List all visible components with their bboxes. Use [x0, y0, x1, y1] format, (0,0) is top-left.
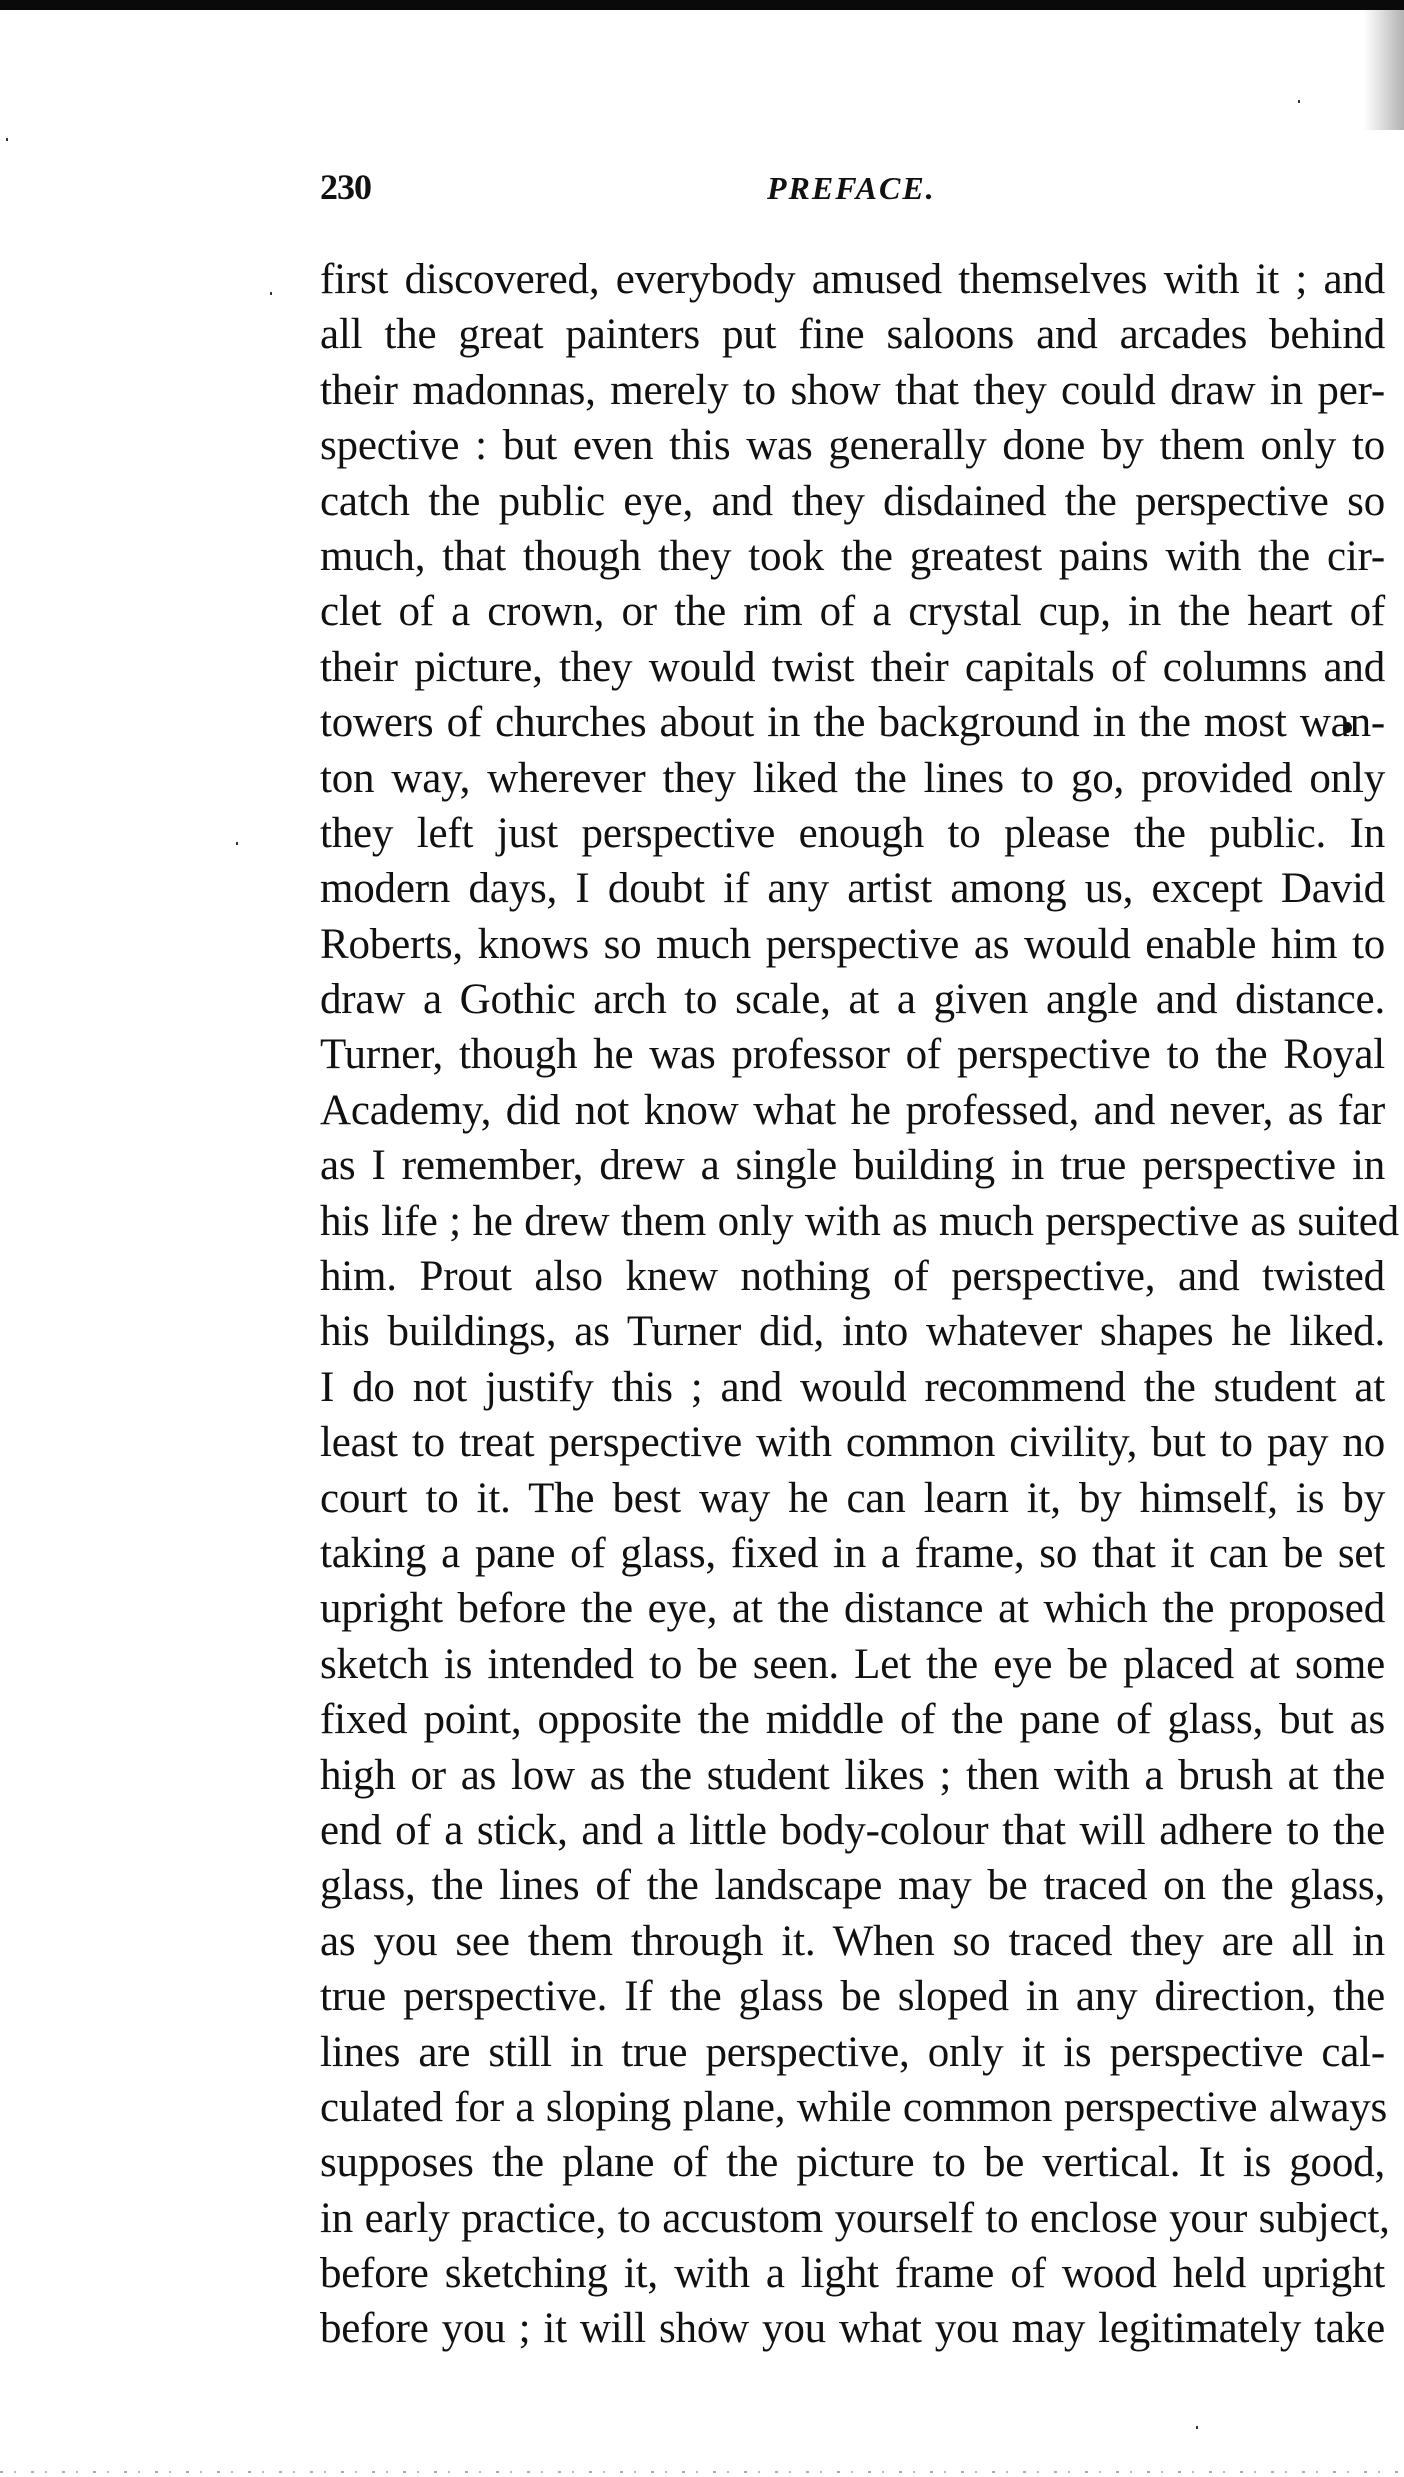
- text-line: towers of churches about in the backgrou…: [320, 695, 1385, 750]
- text-line: upright before the eye, at the distance …: [320, 1581, 1385, 1636]
- scan-corner-shadow: [1364, 10, 1404, 130]
- ink-blot-mark: [1343, 722, 1352, 733]
- text-line: least to treat perspective with common c…: [320, 1415, 1385, 1470]
- text-line: Roberts, knows so much perspective as wo…: [320, 917, 1385, 972]
- text-line: high or as low as the student likes ; th…: [320, 1748, 1385, 1803]
- text-line: his buildings, as Turner did, into whate…: [320, 1304, 1385, 1359]
- scan-speck: [1196, 2426, 1198, 2429]
- text-line: modern days, I doubt if any artist among…: [320, 861, 1385, 916]
- text-line: sketch is intended to be seen. Let the e…: [320, 1637, 1385, 1692]
- text-line: culated for a sloping plane, while commo…: [320, 2080, 1385, 2135]
- text-line: fixed point, opposite the middle of the …: [320, 1692, 1385, 1747]
- text-line: as I remember, drew a single building in…: [320, 1138, 1385, 1193]
- text-line: ton way, wherever they liked the lines t…: [320, 751, 1385, 806]
- text-line: his life ; he drew them only with as muc…: [320, 1194, 1385, 1249]
- text-line: their madonnas, merely to show that they…: [320, 363, 1385, 418]
- text-line: in early practice, to accustom yourself …: [320, 2191, 1385, 2246]
- text-line: court to it. The best way he can learn i…: [320, 1471, 1385, 1526]
- text-line: end of a stick, and a little body-colour…: [320, 1803, 1385, 1858]
- text-line: lines are still in true perspective, onl…: [320, 2025, 1385, 2080]
- page-title: PREFACE.: [767, 170, 936, 207]
- scan-speck: [236, 842, 238, 845]
- text-line: before you ; it will show you what you m…: [320, 2301, 1385, 2356]
- running-head: 230 PREFACE.: [320, 166, 1385, 206]
- text-line: taking a pane of glass, fixed in a frame…: [320, 1526, 1385, 1581]
- text-line: Academy, did not know what he professed,…: [320, 1083, 1385, 1138]
- text-line: true perspective. If the glass be sloped…: [320, 1969, 1385, 2024]
- text-line: clet of a crown, or the rim of a crystal…: [320, 584, 1385, 639]
- text-line: they left just perspective enough to ple…: [320, 806, 1385, 861]
- page-number: 230: [320, 166, 371, 208]
- text-line: glass, the lines of the landscape may be…: [320, 1858, 1385, 1913]
- text-line: Turner, though he was professor of persp…: [320, 1027, 1385, 1082]
- text-line: spective : but even this was generally d…: [320, 418, 1385, 473]
- scan-speck: [270, 292, 272, 295]
- text-line: draw a Gothic arch to scale, at a given …: [320, 972, 1385, 1027]
- text-line: their picture, they would twist their ca…: [320, 640, 1385, 695]
- text-line: supposes the plane of the picture to be …: [320, 2135, 1385, 2190]
- text-line: before sketching it, with a light frame …: [320, 2246, 1385, 2301]
- scan-bottom-edge: [0, 2471, 1404, 2473]
- text-line: catch the public eye, and they disdained…: [320, 474, 1385, 529]
- text-line: all the great painters put fine saloons …: [320, 307, 1385, 362]
- scan-speck: [1298, 100, 1300, 103]
- scan-speck: [6, 138, 8, 141]
- text-line: first discovered, everybody amused thems…: [320, 252, 1385, 307]
- text-line: much, that though they took the greatest…: [320, 529, 1385, 584]
- scan-top-edge: [0, 0, 1404, 10]
- text-line: I do not justify this ; and would recomm…: [320, 1360, 1385, 1415]
- body-text: first discovered, everybody amused thems…: [320, 252, 1385, 2357]
- text-line: him. Prout also knew nothing of perspect…: [320, 1249, 1385, 1304]
- text-line: as you see them through it. When so trac…: [320, 1914, 1385, 1969]
